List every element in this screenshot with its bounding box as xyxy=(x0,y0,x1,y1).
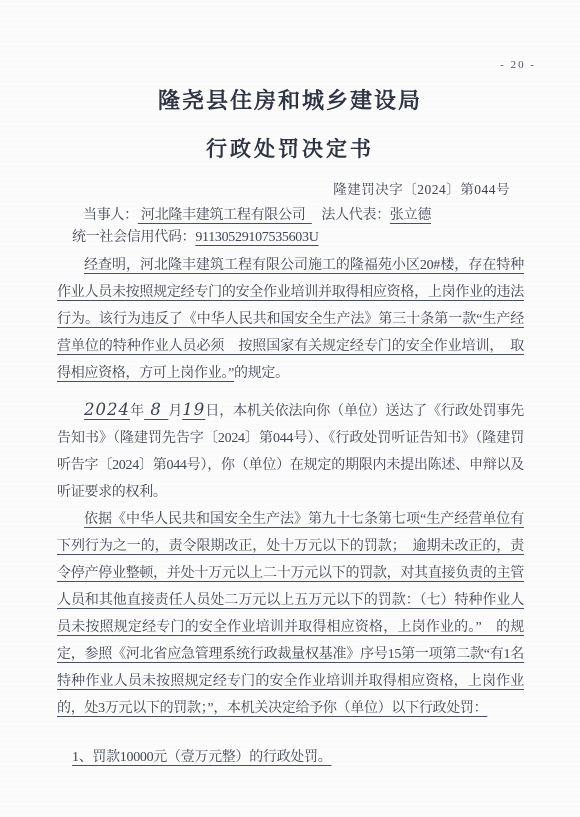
findings-paragraph-segment-1: 的规定。 xyxy=(234,366,289,381)
penalty-item-1-segment-0: 1、罚款10000元（壹万元整）的行政处罚。 xyxy=(72,750,331,765)
party-line-segment-0: 当事人： xyxy=(83,208,138,223)
credit-code-line-segment-1: 91130529107535603U xyxy=(195,230,318,245)
party-line-segment-2: 法人代表： xyxy=(312,208,390,223)
party-line: 当事人： 河北隆丰建筑工程有限公司 法人代表：张立德 xyxy=(57,205,524,227)
scanned-document-page: - 20 - 隆尧县住房和城乡建设局 行政处罚决定书 隆建罚决字〔2024〕第0… xyxy=(0,0,580,817)
agency-title: 隆尧县住房和城乡建设局 xyxy=(0,84,580,115)
notification-paragraph-segment-4-handwritten: 19 xyxy=(182,400,205,419)
notification-paragraph-segment-3: 月 xyxy=(168,404,182,419)
party-line-segment-1: 河北隆丰建筑工程有限公司 xyxy=(138,208,312,223)
legal-basis-paragraph-segment-0: 依据《中华人民共和国安全生产法》第九十七条第七项“生产经营单位有下列行为之一的，… xyxy=(57,512,524,716)
penalty-item-1: 1、罚款10000元（壹万元整）的行政处罚。 xyxy=(57,744,524,771)
findings-paragraph-segment-0: 经查明，河北隆丰建筑工程有限公司施工的隆福苑小区20#楼，存在特种作业人员未按照… xyxy=(57,258,524,381)
credit-code-line-segment-0: 统一社会信用代码： xyxy=(72,230,195,245)
findings-paragraph: 经查明，河北隆丰建筑工程有限公司施工的隆福苑小区20#楼，存在特种作业人员未按照… xyxy=(57,252,524,387)
page-number: - 20 - xyxy=(500,59,536,71)
document-body: 当事人： 河北隆丰建筑工程有限公司 法人代表：张立德统一社会信用代码：91130… xyxy=(57,205,524,771)
credit-code-line: 统一社会信用代码：91130529107535603U xyxy=(57,227,524,249)
document-title: 行政处罚决定书 xyxy=(0,133,580,163)
notification-paragraph-segment-0-handwritten: 2024 xyxy=(84,400,130,419)
legal-basis-paragraph: 依据《中华人民共和国安全生产法》第九十七条第七项“生产经营单位有下列行为之一的，… xyxy=(57,506,524,722)
notification-paragraph-segment-1: 年 xyxy=(130,404,144,419)
notification-paragraph: 2024年 8 月19日，本机关依法向你（单位）送达了《行政处罚事先告知书》（隆… xyxy=(57,396,524,506)
document-reference-number: 隆建罚决字〔2024〕第044号 xyxy=(0,178,580,198)
party-line-segment-3: 张立德 xyxy=(390,208,431,223)
notification-paragraph-segment-2-handwritten: 8 xyxy=(144,400,168,419)
